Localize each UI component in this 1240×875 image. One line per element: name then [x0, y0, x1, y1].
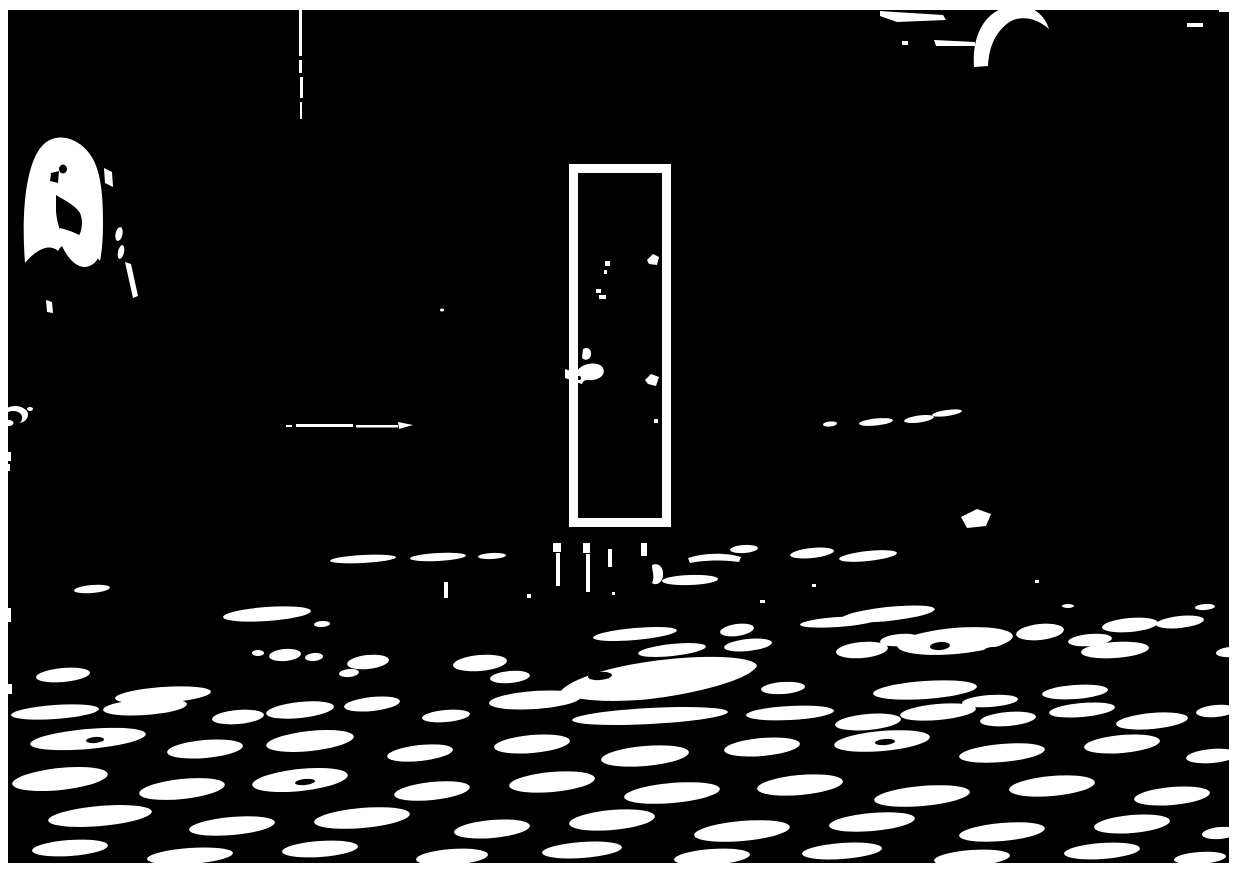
blob: [1210, 3, 1232, 7]
blob: [300, 77, 303, 98]
blob: [583, 543, 590, 553]
blob: [556, 553, 560, 586]
blob: [902, 41, 908, 45]
image-background: [8, 10, 1229, 863]
blob: [299, 60, 302, 73]
blob: [5, 420, 14, 426]
blob: [296, 424, 353, 427]
blob: [1230, 14, 1238, 17]
binarized-image: [0, 0, 1240, 875]
blob: [654, 419, 658, 423]
blob: [641, 543, 647, 556]
blob: [604, 270, 607, 274]
blob: [1219, 9, 1232, 12]
blob: [444, 582, 448, 598]
blob: [812, 584, 816, 587]
blob: [760, 600, 765, 603]
blob: [8, 452, 11, 461]
blob: [553, 543, 561, 552]
blob: [300, 102, 302, 119]
blob: [596, 289, 601, 293]
blob: [440, 309, 444, 312]
figure-page: [0, 0, 1240, 875]
blob: [8, 684, 12, 694]
blob: [8, 464, 10, 471]
blob: [1062, 604, 1074, 608]
blob: [356, 425, 398, 428]
blob: [612, 592, 615, 595]
blob: [27, 407, 33, 411]
blob: [1035, 580, 1039, 583]
blob: [252, 650, 264, 656]
blob: [608, 549, 612, 567]
blob: [605, 261, 610, 266]
blob: [527, 594, 531, 598]
blob: [8, 608, 11, 622]
blob: [599, 295, 606, 299]
blob: [299, 10, 302, 56]
blob: [286, 425, 292, 427]
blob: [1187, 23, 1203, 27]
blob: [59, 165, 67, 174]
blob: [586, 554, 590, 592]
